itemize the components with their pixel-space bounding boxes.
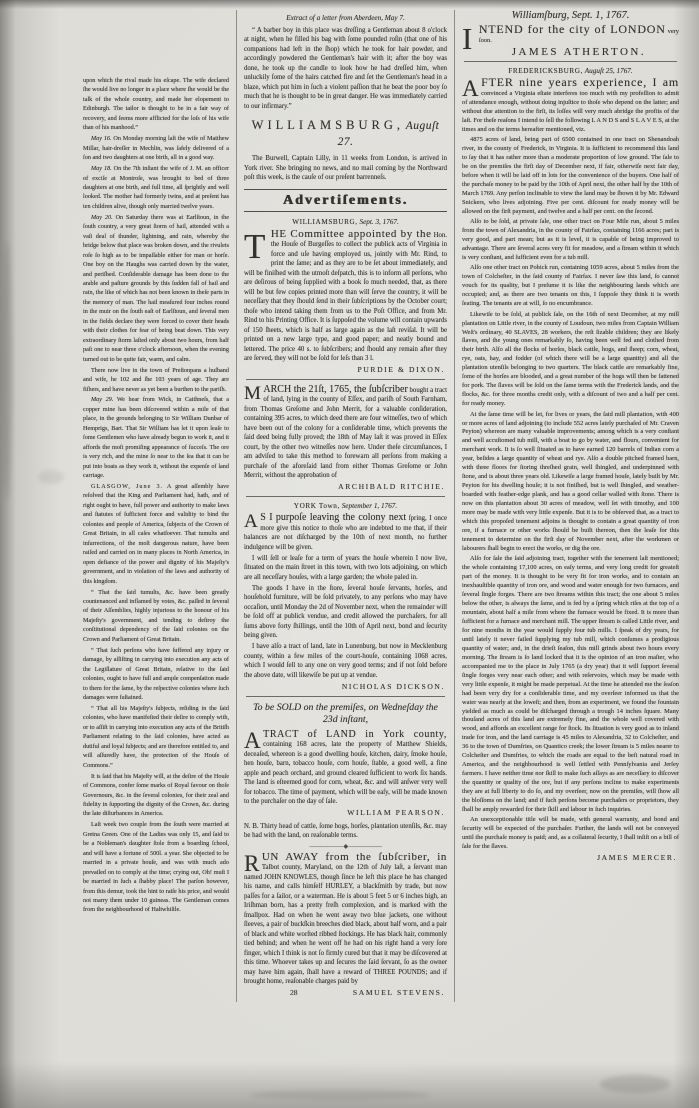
paragraph: May 18. On the 7th inſtant the wife of J…	[83, 164, 229, 211]
dateline-place: FREDERICKSBURG,	[508, 67, 583, 75]
signature-line: JAMES MERCER.	[462, 854, 677, 863]
paragraph-dateline-lead: May 16.	[91, 135, 112, 142]
dateline-date: Extract of a letter from Aberdeen, May 7…	[286, 14, 405, 22]
dateline: WILLIAMSBURG, Sept. 3, 1767.	[244, 218, 447, 228]
paragraph-text: “ That ſuch perſons who have ſuffered an…	[83, 647, 229, 701]
ad-first-line: NTEND for the city of LONDON	[479, 22, 666, 36]
horizontal-rule	[244, 211, 447, 212]
drop-cap-initial: R	[244, 854, 259, 873]
signature-line: PURDIE & DIXON.	[244, 365, 445, 375]
dateline: Extract of a letter from Aberdeen, May 7…	[244, 14, 447, 24]
drop-cap-initial: T	[244, 231, 268, 261]
dateline: Williamſburg, Sept. 1, 1767.	[462, 12, 679, 21]
advertisement: RUN AWAY from the ſubſcriber, in Talbot …	[244, 853, 447, 987]
signature-name: JAMES MERCER.	[597, 854, 677, 863]
signature-name-centered: JAMES ATHERTON.	[462, 48, 679, 57]
paragraph: Likewiſe to be ſold, at publick ſale, on…	[462, 311, 679, 409]
advertisement: INTEND for the city of LONDON very ſoon.	[462, 25, 679, 46]
ad-italic-heading: To be SOLD on the premiſes, on Wedneſday…	[250, 702, 441, 727]
paragraph-text: There now live in the town of Preſtonpan…	[83, 367, 229, 393]
drop-cap-initial: M	[244, 386, 261, 402]
paragraph: Laſt week two couple from the ſouth were…	[83, 820, 229, 915]
dateline: YORK Town, September 1, 1767.	[244, 502, 447, 512]
advertisement: THE Committee appointed by the Hon. the …	[244, 230, 447, 364]
paragraph-text: It is ſaid that his Majeſty will, at the…	[83, 773, 229, 818]
dateline-date: Sept. 3, 1767.	[359, 218, 398, 226]
horizontal-rule	[246, 379, 445, 380]
dateline-date: Williamſburg, Sept. 1, 1767.	[512, 10, 630, 21]
paragraph-text: Laſt week two couple from the ſouth were…	[83, 821, 229, 913]
ad-body-text: Hon. the Houſe of Burgeſſes to collect t…	[244, 232, 447, 363]
paragraph: At the ſame time will be let, for lives …	[462, 411, 679, 554]
paragraph-text: Likewiſe to be ſold, at publick ſale, on…	[462, 311, 679, 408]
city-heading-place: WILLIAMSBURG,	[252, 118, 404, 132]
signature-line: ARCHIBALD RITCHIE.	[244, 482, 445, 492]
paragraph: The goods I have in the ſtore, ſeveral h…	[244, 584, 447, 641]
paragraph: “ That the ſaid tumults, &c. have been g…	[83, 588, 229, 645]
paragraph-text: “ That all his Majeſty's ſubjects, reſid…	[83, 705, 229, 769]
advertisement: AFTER nine years experience, I am convin…	[462, 78, 679, 135]
paragraph-dateline-lead: May 18.	[91, 165, 112, 172]
signature-line: NICHOLAS DICKSON.	[244, 682, 445, 692]
paragraph-text: Alſo to be ſold, at private ſale, one ot…	[462, 218, 679, 261]
horizontal-rule	[246, 496, 445, 497]
ad-first-line: HE Committee appointed by the	[271, 228, 432, 240]
ad-first-line: ARCH the 21ſt, 1765, the ſubſcriber	[263, 384, 407, 395]
paragraph-text: We hear from Wick, in Caithneſs, that a …	[83, 396, 229, 479]
paragraph-dateline-lead: May 29.	[91, 396, 113, 403]
paragraph: upon which the rival made his eſcape. Th…	[83, 76, 229, 133]
ad-first-line: FTER nine years experience, I am	[481, 75, 679, 89]
paragraph: GLASGOW, June 3. A great aſſembly have r…	[83, 482, 229, 586]
ad-first-line: S I purpoſe leaving the colony next	[260, 512, 406, 523]
paragraph-text: The goods I have in the ſtore, ſeveral h…	[244, 585, 447, 640]
paragraph: Alſo to be ſold, at private ſale, one ot…	[462, 218, 679, 263]
advertisements-heading: Advertiſements.	[244, 196, 447, 206]
paragraph-text: “ A barber boy in this place was dreſſin…	[244, 27, 447, 110]
advertisement: MARCH the 21ſt, 1765, the ſubſcriber bou…	[244, 385, 447, 481]
paragraph: Alſo one other tract on Pohick run, cont…	[462, 264, 679, 309]
page-stain	[250, 1090, 430, 1100]
paragraph-text: “ That the ſaid tumults, &c. have been g…	[83, 589, 229, 643]
advertisement: ATRACT of LAND in York county, containin…	[244, 730, 447, 807]
paragraph: An unexceptionable title will be made, w…	[462, 816, 679, 852]
paragraph-dateline-lead: GLASGOW, June 3.	[91, 483, 163, 490]
column-3: Williamſburg, Sept. 1, 1767.INTEND for t…	[454, 10, 686, 1002]
paragraph-text: Alſo for ſale the ſaid adjoining tract, …	[462, 555, 679, 813]
paragraph-text: A great aſſembly have reſolved that the …	[83, 483, 229, 585]
paragraph: “ That ſuch perſons who have ſuffered an…	[83, 646, 229, 703]
paragraph: “ That all his Majeſty's ſubjects, reſid…	[83, 704, 229, 770]
paragraph-text: upon which the rival made his eſcape. Th…	[83, 77, 229, 131]
paragraph-text: 4875 acres of land, being part of 6500 c…	[462, 136, 679, 215]
paragraph: May 20. On Saturday there was at Earlſto…	[83, 213, 229, 364]
newspaper-page: upon which the rival made his eſcape. Th…	[0, 0, 699, 1108]
drop-cap-initial: A	[462, 79, 479, 98]
paragraph-text: At the ſame time will be let, for lives …	[462, 411, 679, 552]
signature-name: PURDIE & DIXON.	[358, 365, 446, 375]
paragraph-text: N. B. Thirty head of cattle, ſome hogs, …	[244, 823, 447, 840]
dateline-place: YORK Town,	[294, 502, 340, 510]
paragraph-text: Alſo one other tract on Pohick run, cont…	[462, 264, 679, 307]
page-stain	[38, 470, 64, 484]
horizontal-rule	[464, 61, 677, 62]
dateline-date: September 1, 1767.	[342, 502, 398, 510]
column-1: upon which the rival made his eſcape. Th…	[76, 10, 236, 1002]
paragraph-text: I will ſell or leaſe for a term of years…	[244, 555, 447, 581]
paragraph-dateline-lead: May 20.	[91, 214, 113, 221]
signature-name: NICHOLAS DICKSON.	[342, 682, 445, 692]
paragraph: May 16. On Monday morning laſt the wife …	[83, 134, 229, 162]
paragraph-text: The Burwell, Captain Lilly, in 11 weeks …	[244, 155, 447, 181]
ad-body-text: bought a tract of land, lying in the cou…	[244, 387, 447, 480]
advertisement: AS I purpoſe leaving the colony next ſpr…	[244, 513, 447, 552]
dateline-place: WILLIAMSBURG,	[292, 218, 358, 226]
ad-body-text: containing 168 acres, late the property …	[244, 741, 447, 805]
ad-first-line: UN AWAY from the ſubſcriber, in	[262, 851, 447, 863]
paragraph-text: I have alſo a tract of land, late in Lun…	[244, 643, 447, 679]
signature-name: ARCHIBALD RITCHIE.	[338, 482, 445, 492]
city-heading: WILLIAMSBURG, Auguſt 27.	[244, 118, 447, 151]
paragraph: Alſo for ſale the ſaid adjoining tract, …	[462, 555, 679, 815]
page-stain	[600, 1075, 670, 1093]
signature-name: SAMUEL STEVENS.	[353, 988, 445, 998]
paragraph: “ A barber boy in this place was dreſſin…	[244, 26, 447, 112]
columns-container: upon which the rival made his eſcape. Th…	[76, 10, 686, 1002]
horizontal-rule	[246, 696, 445, 697]
paragraph: N. B. Thirty head of cattle, ſome hogs, …	[244, 822, 447, 841]
paragraph: I have alſo a tract of land, late in Lun…	[244, 642, 447, 680]
drop-cap-initial: I	[462, 26, 476, 52]
dateline-date: Auguſt 25, 1767.	[585, 67, 633, 75]
signature-name: WILLIAM PEARSON.	[347, 808, 445, 818]
drop-cap-initial: A	[244, 514, 258, 530]
paragraph: I will ſell or leaſe for a term of years…	[244, 554, 447, 583]
paragraph: It is ſaid that his Majeſty will, at the…	[83, 772, 229, 819]
signature-line: WILLIAM PEARSON.	[244, 808, 445, 818]
ad-body-text: convinced a Virginia eſtate interferes t…	[462, 90, 679, 133]
column-2: Extract of a letter from Aberdeen, May 7…	[236, 10, 454, 1002]
page-edge-stain	[2, 240, 12, 500]
paragraph-text: On Saturday there was at Earlſtoun, in t…	[83, 214, 229, 363]
section-divider-ornament	[244, 844, 447, 850]
horizontal-rule	[244, 189, 447, 190]
ad-first-line: TRACT of LAND in York county,	[263, 729, 447, 740]
paragraph: May 29. We hear from Wick, in Caithneſs,…	[83, 395, 229, 480]
drop-cap-initial: A	[244, 731, 261, 750]
paragraph-text: An unexceptionable title will be made, w…	[462, 816, 679, 850]
paragraph: 4875 acres of land, being part of 6500 c…	[462, 136, 679, 217]
printer-mark: 28	[290, 988, 298, 998]
paragraph: There now live in the town of Preſtonpan…	[83, 366, 229, 394]
paragraph: The Burwell, Captain Lilly, in 11 weeks …	[244, 154, 447, 183]
signature-line: 28SAMUEL STEVENS.	[244, 988, 445, 998]
ad-body-text: Talbot county, Maryland, on the 12th of …	[244, 864, 447, 985]
